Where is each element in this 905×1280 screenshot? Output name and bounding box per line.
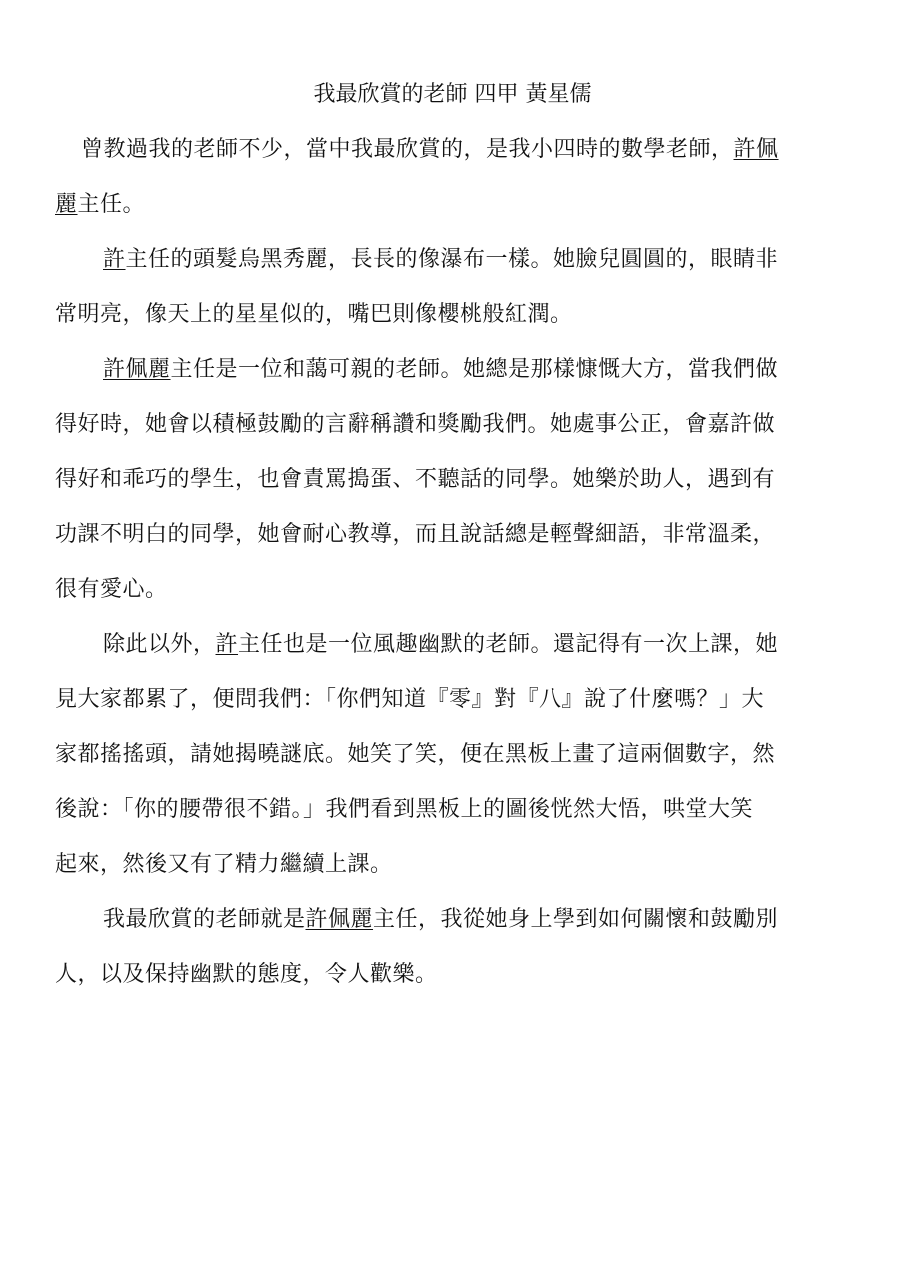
text-segment: 人，以及保持幽默的態度，令人歡樂。: [55, 962, 438, 987]
text-segment: 我最欣賞的老師就是: [103, 907, 306, 932]
text-segment: 常明亮，像天上的星星似的，嘴巴則像櫻桃般紅潤。: [55, 302, 573, 327]
text-segment: 很有愛心。: [55, 577, 168, 602]
paragraph-3-line-4: 功課不明白的同學，她會耐心教導，而且說話總是輕聲細語，非常溫柔，: [55, 520, 835, 550]
text-segment: 家都搖搖頭，請她揭曉謎底。她笑了笑，便在黑板上畫了這兩個數字，然: [55, 742, 775, 767]
paragraph-3-line-1: 許佩麗主任是一位和藹可親的老師。她總是那樣慷慨大方，當我們做: [55, 355, 883, 385]
text-segment: 後說：「你的腰帶很不錯。」我們看到黑板上的圖後恍然大悟，哄堂大笑: [55, 797, 753, 822]
document-page: 我最欣賞的老師 四甲 黃星儒 曾教過我的老師不少，當中我最欣賞的，是我小四時的數…: [0, 0, 905, 1280]
text-segment: 曾教過我的老師不少，當中我最欣賞的，是我小四時的數學老師，: [81, 137, 734, 162]
underlined-name: 麗: [55, 192, 78, 217]
paragraph-4-line-3: 家都搖搖頭，請她揭曉謎底。她笑了笑，便在黑板上畫了這兩個數字，然: [55, 740, 835, 770]
underlined-name: 許佩: [734, 137, 779, 162]
text-segment: 除此以外，: [103, 632, 216, 657]
text-segment: 得好時，她會以積極鼓勵的言辭稱讚和獎勵我們。她處事公正，會嘉許做: [55, 412, 775, 437]
paragraph-5-line-2: 人，以及保持幽默的態度，令人歡樂。: [55, 960, 835, 990]
underlined-name: 許佩麗: [306, 907, 374, 932]
paragraph-2-line-2: 常明亮，像天上的星星似的，嘴巴則像櫻桃般紅潤。: [55, 300, 835, 330]
paragraph-1-line-1: 曾教過我的老師不少，當中我最欣賞的，是我小四時的數學老師，許佩: [55, 135, 861, 165]
text-segment: 見大家都累了，便問我們：「你們知道『零』對『八』說了什麼嗎？」大: [55, 687, 764, 712]
text-segment: 主任是一位和藹可親的老師。她總是那樣慷慨大方，當我們做: [171, 357, 779, 382]
paragraph-1-line-2: 麗主任。: [55, 190, 835, 220]
text-segment: 主任也是一位風趣幽默的老師。還記得有一次上課，她: [238, 632, 778, 657]
paragraph-3-line-2: 得好時，她會以積極鼓勵的言辭稱讚和獎勵我們。她處事公正，會嘉許做: [55, 410, 835, 440]
paragraph-4-line-4: 後說：「你的腰帶很不錯。」我們看到黑板上的圖後恍然大悟，哄堂大笑: [55, 795, 835, 825]
text-segment: 主任，我從她身上學到如何關懷和鼓勵別: [373, 907, 778, 932]
text-segment: 得好和乖巧的學生，也會責罵搗蛋、不聽話的同學。她樂於助人，遇到有: [55, 467, 775, 492]
paragraph-4-line-5: 起來，然後又有了精力繼續上課。: [55, 850, 835, 880]
underlined-name: 許佩麗: [103, 357, 171, 382]
text-segment: 起來，然後又有了精力繼續上課。: [55, 852, 393, 877]
text-segment: 主任的頭髮烏黑秀麗，長長的像瀑布一樣。她臉兒圓圓的，眼睛非: [126, 247, 779, 272]
text-segment: 主任。: [78, 192, 146, 217]
paragraph-4-line-2: 見大家都累了，便問我們：「你們知道『零』對『八』說了什麼嗎？」大: [55, 685, 835, 715]
paragraph-3-line-5: 很有愛心。: [55, 575, 835, 605]
paragraph-5-line-1: 我最欣賞的老師就是許佩麗主任，我從她身上學到如何關懷和鼓勵別: [55, 905, 883, 935]
paragraph-4-line-1: 除此以外，許主任也是一位風趣幽默的老師。還記得有一次上課，她: [55, 630, 883, 660]
paragraph-3-line-3: 得好和乖巧的學生，也會責罵搗蛋、不聽話的同學。她樂於助人，遇到有: [55, 465, 835, 495]
paragraph-2-line-1: 許主任的頭髮烏黑秀麗，長長的像瀑布一樣。她臉兒圓圓的，眼睛非: [55, 245, 883, 275]
underlined-name: 許: [103, 247, 126, 272]
underlined-name: 許: [216, 632, 239, 657]
document-title: 我最欣賞的老師 四甲 黃星儒: [0, 80, 905, 110]
text-segment: 功課不明白的同學，她會耐心教導，而且說話總是輕聲細語，非常溫柔，: [55, 522, 775, 547]
